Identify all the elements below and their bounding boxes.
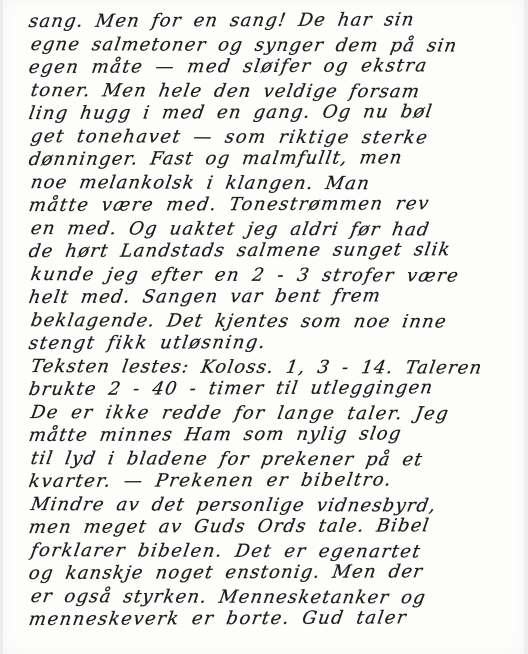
handwritten-line: stengt fikk utløsning.: [27, 331, 323, 355]
handwritten-line: ling hugg i med en gang. Og nu bøl: [27, 100, 518, 125]
handwritten-line: måtte minnes Ham som nylig slog: [27, 422, 518, 447]
handwritten-line: måtte være med. Tonestrømmen rev: [27, 192, 518, 217]
handwritten-line: helt med. Sangen var bent frem: [27, 284, 518, 309]
handwritten-line: dønninger. Fast og malmfullt, men: [27, 146, 518, 171]
handwritten-line: de hørt Landstads salmene sunget slik: [27, 238, 518, 263]
handwritten-line: sang. Men for en sang! De har sin: [27, 8, 518, 33]
handwritten-line: menneskeverk er borte. Gud taler: [27, 606, 518, 631]
handwritten-text-block: sang. Men for en sang! De har sin egne s…: [29, 10, 516, 631]
handwritten-line: og kanskje noget enstonig. Men der: [27, 560, 518, 585]
handwritten-line: kvarter. — Prekenen er bibeltro.: [27, 468, 518, 493]
handwritten-line: egen måte — med sløifer og ekstra: [27, 54, 518, 79]
handwritten-line: brukte 2 - 40 - timer til utleggingen: [27, 376, 518, 401]
handwritten-line: men meget av Guds Ords tale. Bibel: [27, 514, 518, 539]
manuscript-page: sang. Men for en sang! De har sin egne s…: [0, 0, 528, 654]
